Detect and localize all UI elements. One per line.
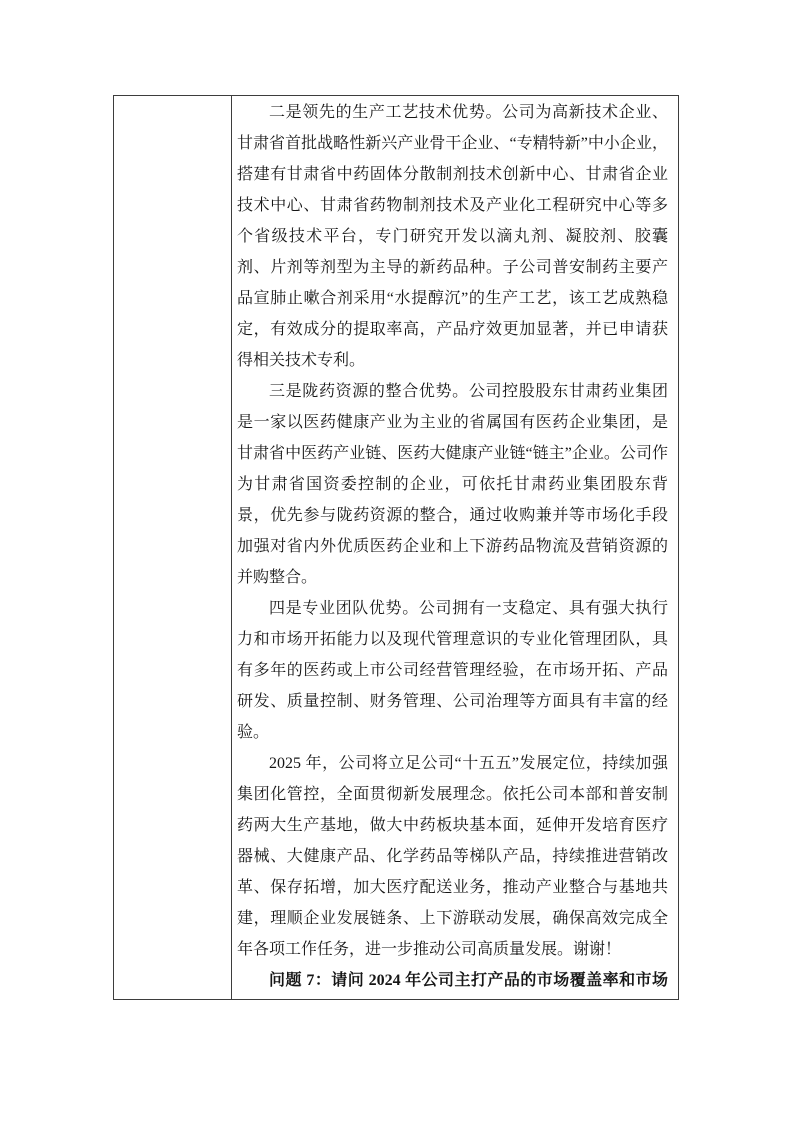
paragraph-advantage-production-technology: 二是领先的生产工艺技术优势。公司为高新技术企业、甘肃省首批战略性新兴产业骨干企业… <box>237 97 668 376</box>
paragraph-outlook-2025: 2025 年，公司将立足公司“十五五”发展定位，持续加强集团化管控，全面贯彻新发… <box>237 748 668 965</box>
paragraph-advantage-longyao-resource-integration: 三是陇药资源的整合优势。公司控股股东甘肃药业集团是一家以医药健康产业为主业的省属… <box>237 376 668 593</box>
row-label-cell <box>114 96 232 999</box>
content-table: 二是领先的生产工艺技术优势。公司为高新技术企业、甘肃省首批战略性新兴产业骨干企业… <box>113 95 679 1000</box>
row-content-cell: 二是领先的生产工艺技术优势。公司为高新技术企业、甘肃省首批战略性新兴产业骨干企业… <box>232 96 678 999</box>
paragraph-question-7: 问题 7：请问 2024 年公司主打产品的市场覆盖率和市场竞争力如何？谢谢！ <box>237 965 668 999</box>
paragraph-advantage-professional-team: 四是专业团队优势。公司拥有一支稳定、具有强大执行力和市场开拓能力以及现代管理意识… <box>237 593 668 748</box>
